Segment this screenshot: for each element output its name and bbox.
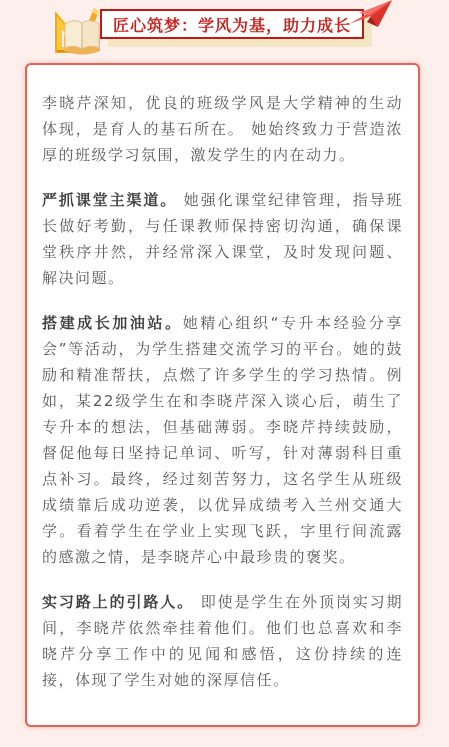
paragraph-internship: 实习路上的引路人。 即使是学生在外顶岗实习期间，李晓芹依然牵挂着他们。他们也总喜…: [42, 589, 403, 693]
paragraph-text: 她精心组织“专升本经验分享会”等活动，为学生搭建交流学习的平台。她的鼓励和精准帮…: [42, 314, 403, 566]
paragraph-lead: 实习路上的引路人。: [42, 593, 194, 611]
page-title: 匠心筑梦：学风为基，助力成长: [113, 13, 351, 36]
paper-plane-icon: [345, 0, 397, 31]
article-card: 李晓芹深知，优良的班级学风是大学精神的生动体现，是育人的基石所在。 她始终致力于…: [25, 63, 420, 727]
paragraph-lead: 搭建成长加油站。: [42, 314, 183, 332]
paragraph-growth-station: 搭建成长加油站。她精心组织“专升本经验分享会”等活动，为学生搭建交流学习的平台。…: [42, 310, 403, 570]
paragraph-intro: 李晓芹深知，优良的班级学风是大学精神的生动体现，是育人的基石所在。 她始终致力于…: [42, 90, 403, 168]
title-box: 匠心筑梦：学风为基，助力成长: [100, 9, 364, 39]
paragraph-lead: 严抓课堂主渠道。: [42, 191, 177, 209]
book-ruler-pencil-icon: [51, 6, 113, 58]
paragraph-text: 李晓芹深知，优良的班级学风是大学精神的生动体现，是育人的基石所在。 她始终致力于…: [42, 94, 403, 164]
header-banner: 匠心筑梦：学风为基，助力成长: [0, 0, 449, 58]
paragraph-classroom: 严抓课堂主渠道。 她强化课堂纪律管理，指导班长做好考勤，与任课教师保持密切沟通，…: [42, 187, 403, 291]
